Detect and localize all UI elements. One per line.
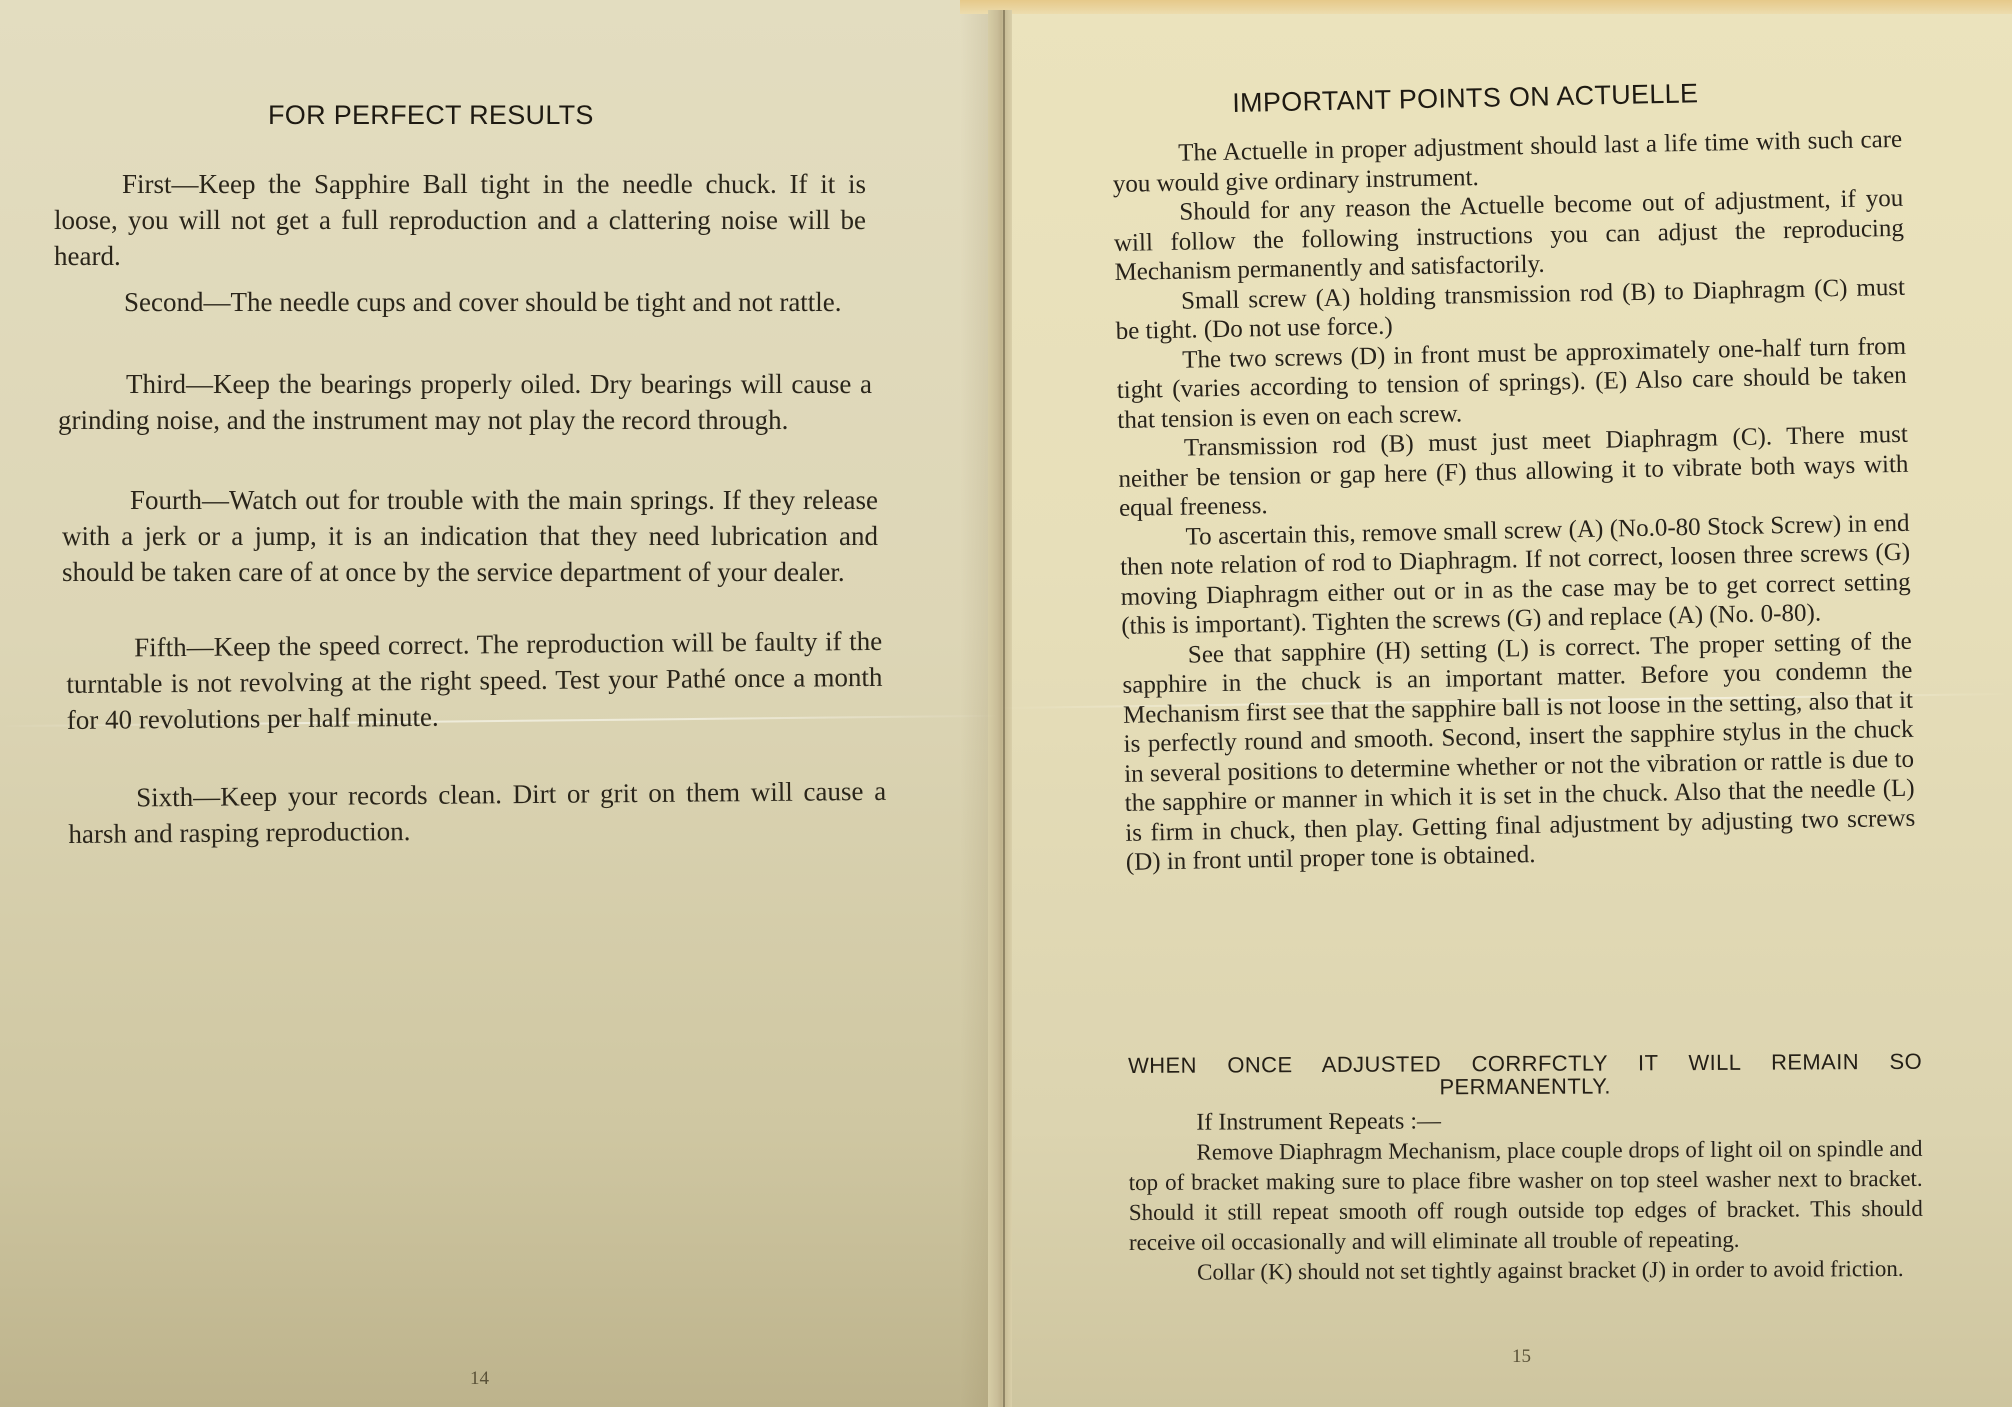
right-page-body: The Actuelle in proper adjustment should… — [1112, 125, 1916, 878]
repeat-subheading: If Instrument Repeats :— — [1128, 1104, 1922, 1138]
adjustment-notice: WHEN ONCE ADJUSTED CORRFCTLY IT WILL REM… — [1128, 1050, 1922, 1100]
paragraph-fourth: Fourth—Watch out for trouble with the ma… — [62, 482, 878, 590]
paragraph-lead: Fifth— — [134, 632, 214, 663]
paragraph-sixth: Sixth—Keep your records clean. Dirt or g… — [68, 773, 887, 852]
paragraph-first: First—Keep the Sapphire Ball tight in th… — [54, 166, 866, 274]
paragraph-third: Third—Keep the bearings properly oiled. … — [58, 366, 872, 438]
booklet-spread: FOR PERFECT RESULTS First—Keep the Sapph… — [0, 0, 2012, 1407]
paragraph: The two screws (D) in front must be appr… — [1116, 331, 1908, 435]
right-page-footer-section: WHEN ONCE ADJUSTED CORRFCTLY IT WILL REM… — [1128, 1050, 1923, 1288]
page-number-right: 15 — [1512, 1346, 1531, 1368]
paragraph: To ascertain this, remove small screw (A… — [1119, 508, 1911, 641]
top-page-edge — [960, 0, 2012, 14]
paragraph: Should for any reason the Actuelle becom… — [1113, 184, 1905, 288]
paragraph-lead: Sixth— — [136, 782, 220, 813]
page-number-left: 14 — [470, 1368, 489, 1390]
paragraph-fifth: Fifth—Keep the speed correct. The reprod… — [66, 623, 883, 738]
paragraph: See that sapphire (H) setting (L) is cor… — [1122, 626, 1916, 877]
paragraph-lead: Third— — [126, 369, 213, 399]
paragraph: Remove Diaphragm Mechanism, place couple… — [1128, 1134, 1923, 1258]
paragraph-lead: Fourth— — [130, 485, 229, 515]
paragraph-second: Second—The needle cups and cover should … — [56, 284, 870, 320]
left-page-title: FOR PERFECT RESULTS — [268, 100, 594, 131]
paragraph: Collar (K) should not set tightly agains… — [1129, 1254, 1923, 1288]
paragraph-lead: Second— — [124, 287, 230, 317]
paragraph: Transmission rod (B) must just meet Diap… — [1118, 420, 1910, 524]
paragraph-lead: First— — [122, 169, 199, 199]
paragraph-text: The needle cups and cover should be tigh… — [230, 287, 841, 317]
